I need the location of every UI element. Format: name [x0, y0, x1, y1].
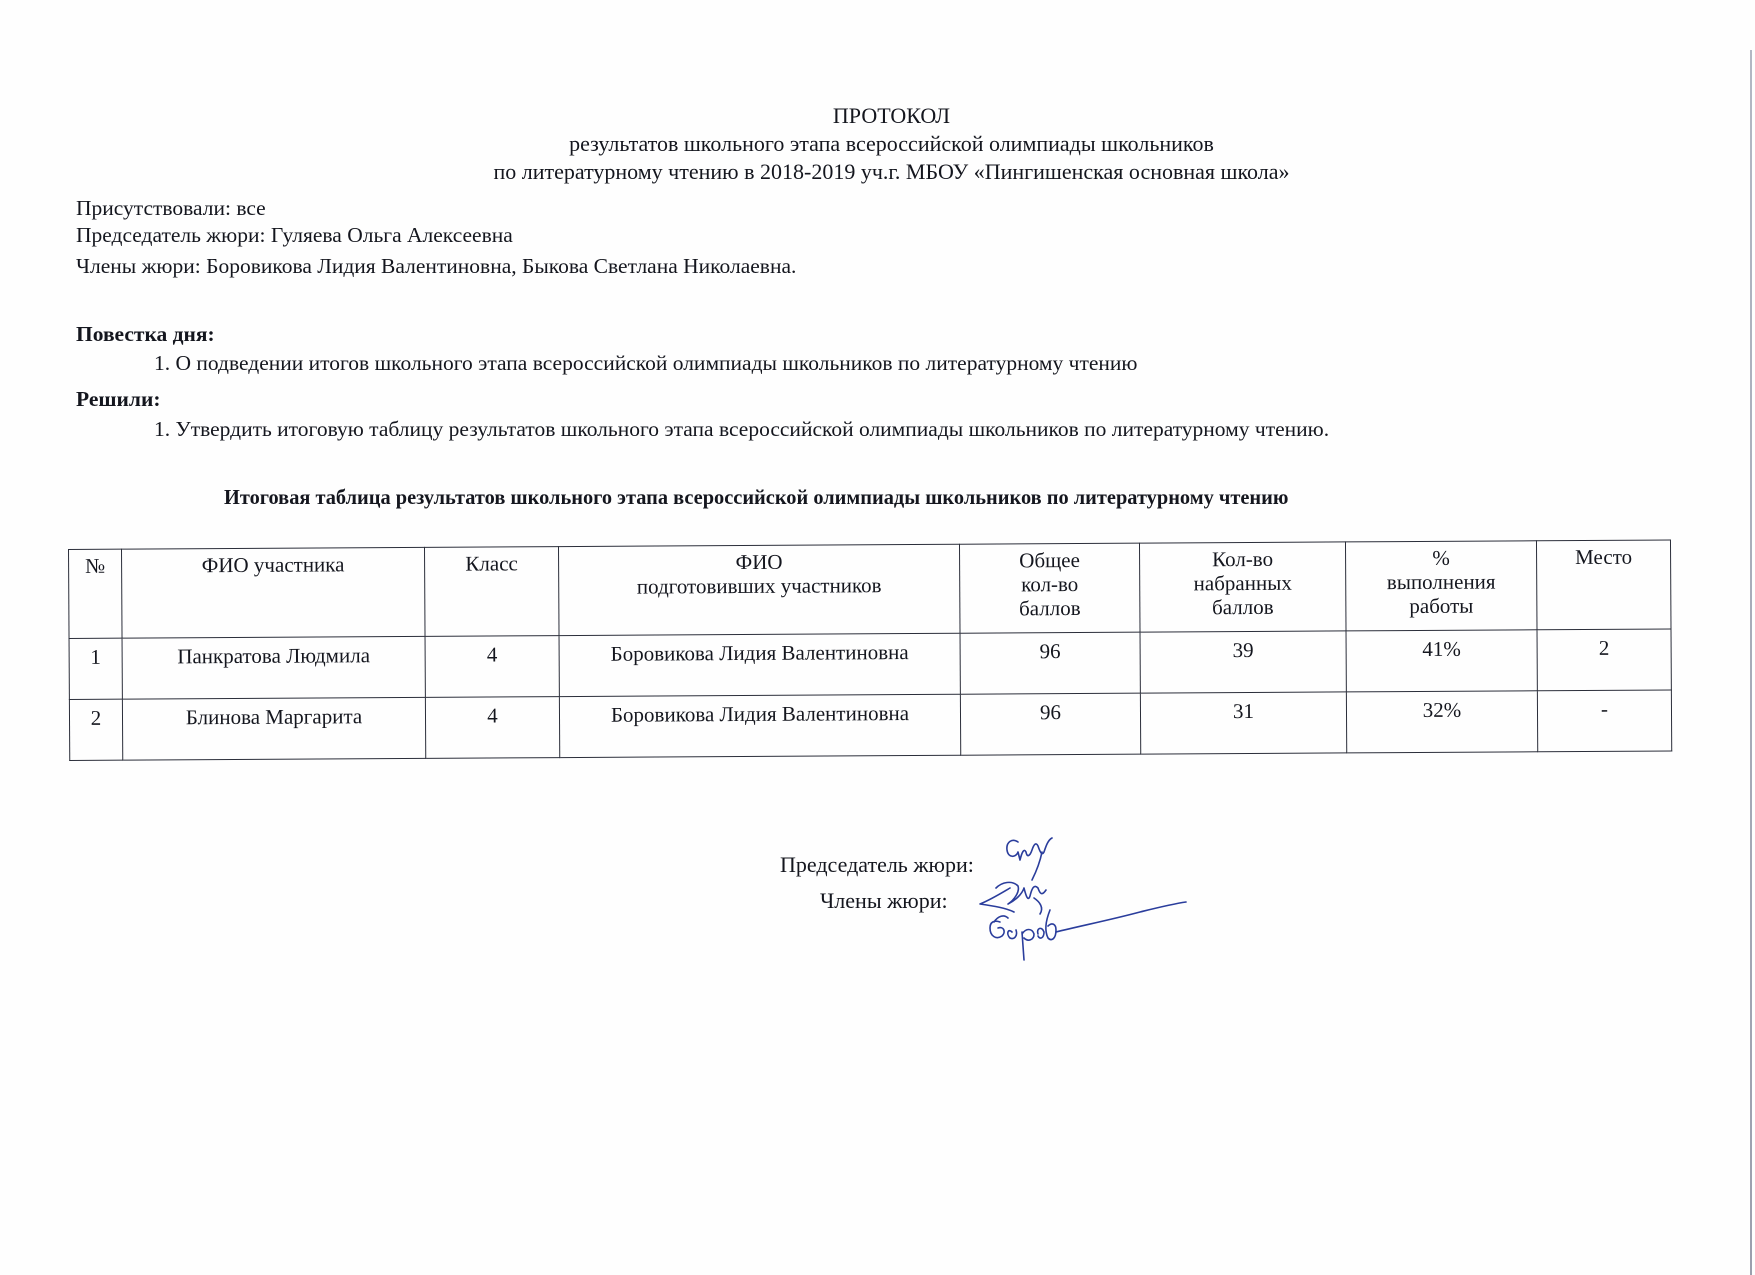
col-header-teacher: ФИО подготовивших участников	[558, 544, 960, 635]
cell-percent: 41%	[1346, 630, 1537, 692]
cell-scored-points: 39	[1140, 631, 1346, 693]
document-title: ПРОТОКОЛ	[14, 103, 1755, 129]
scan-edge-line	[1750, 50, 1752, 1275]
col-header-number: №	[69, 549, 123, 638]
results-table-title: Итоговая таблица результатов школьного э…	[224, 484, 1288, 510]
cell-percent: 32%	[1346, 691, 1537, 753]
col-header-total-points: Общее кол-во баллов	[959, 543, 1140, 633]
cell-participant: Панкратова Людмила	[122, 636, 425, 699]
cell-place: -	[1537, 690, 1671, 752]
results-table: № ФИО участника Класс ФИО подготовивших …	[68, 539, 1672, 761]
scanned-document-page: ПРОТОКОЛ результатов школьного этапа все…	[0, 0, 1755, 1275]
cell-number: 1	[69, 638, 122, 699]
col-header-scored-points: Кол-во набранных баллов	[1139, 542, 1346, 632]
decision-item: 1. Утвердить итоговую таблицу результато…	[154, 416, 1329, 442]
cell-class: 4	[425, 697, 559, 759]
attendance-members: Члены жюри: Боровикова Лидия Валентиновн…	[76, 253, 796, 279]
col-header-participant: ФИО участника	[122, 547, 426, 638]
attendance-present: Присутствовали: все	[76, 195, 266, 221]
document-subtitle-line-1: результатов школьного этапа всероссийско…	[14, 131, 1755, 157]
cell-total-points: 96	[960, 632, 1140, 694]
members-signature-label: Члены жюри:	[820, 888, 948, 914]
cell-participant: Блинова Маргарита	[122, 697, 425, 760]
cell-teacher: Боровикова Лидия Валентиновна	[559, 694, 960, 757]
agenda-heading: Повестка дня:	[76, 321, 215, 347]
handwritten-signatures-icon	[960, 830, 1190, 980]
cell-class: 4	[425, 636, 559, 698]
col-header-place: Место	[1536, 540, 1671, 630]
cell-scored-points: 31	[1140, 692, 1346, 754]
cell-total-points: 96	[960, 693, 1140, 755]
agenda-item: 1. О подведении итогов школьного этапа в…	[154, 350, 1137, 376]
document-subtitle-line-2: по литературному чтению в 2018-2019 уч.г…	[14, 159, 1755, 185]
table-row: 1 Панкратова Людмила 4 Боровикова Лидия …	[69, 629, 1671, 700]
decision-heading: Решили:	[76, 386, 161, 412]
cell-teacher: Боровикова Лидия Валентиновна	[559, 633, 960, 696]
attendance-chair: Председатель жюри: Гуляева Ольга Алексее…	[76, 222, 513, 248]
col-header-percent: % выполнения работы	[1345, 541, 1537, 631]
cell-place: 2	[1537, 629, 1671, 691]
table-row: 2 Блинова Маргарита 4 Боровикова Лидия В…	[69, 690, 1671, 761]
col-header-class: Класс	[424, 547, 559, 637]
chair-signature-label: Председатель жюри:	[780, 852, 974, 878]
table-header-row: № ФИО участника Класс ФИО подготовивших …	[69, 540, 1672, 639]
cell-number: 2	[69, 699, 122, 760]
